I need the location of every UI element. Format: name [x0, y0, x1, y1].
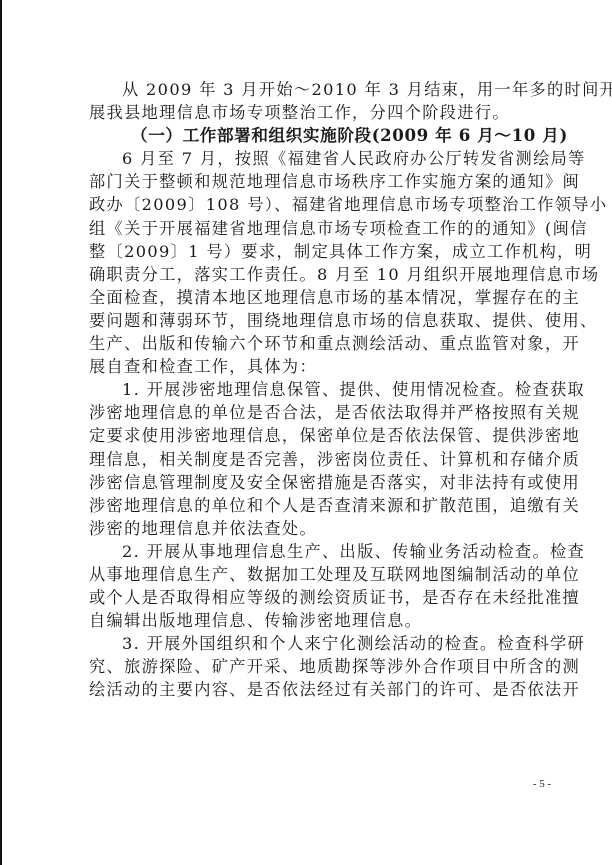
paragraph-line: 展自查和检查工作，具体为：: [89, 355, 547, 378]
list-item-1-line: 理信息，相关制度是否完善，涉密岗位责任、计算机和存储介质: [89, 448, 547, 471]
list-item-1-line: 涉密信息管理制度及安全保密措施是否落实，对非法持有或使用: [89, 471, 547, 494]
paragraph-line: 生产、出版和传输六个环节和重点测绘活动、重点监管对象，开: [89, 332, 547, 355]
paragraph-intro-line: 展我县地理信息市场专项整治工作，分四个阶段进行。: [89, 101, 547, 124]
paragraph-intro-line: 从 2009 年 3 月开始～2010 年 3 月结束，用一年多的时间开: [89, 78, 547, 101]
section-heading: （一）工作部署和组织实施阶段(2009 年 6 月～10 月): [89, 124, 547, 147]
document-body: 从 2009 年 3 月开始～2010 年 3 月结束，用一年多的时间开 展我县…: [89, 78, 547, 702]
list-item-3-line: 绘活动的主要内容、是否依法经过有关部门的许可、是否依法开: [89, 678, 547, 701]
paragraph-line: 要问题和薄弱环节，围绕地理信息市场的信息获取、提供、使用、: [89, 309, 547, 332]
list-item-2-line: 从事地理信息生产、数据加工处理及互联网地图编制活动的单位: [89, 563, 547, 586]
paragraph-line: 整〔2009〕1 号）要求，制定具体工作方案，成立工作机构，明: [89, 240, 547, 263]
paragraph-line: 全面检查，摸清本地区地理信息市场的基本情况，掌握存在的主: [89, 286, 547, 309]
paragraph-line: 6 月至 7 月，按照《福建省人民政府办公厅转发省测绘局等: [89, 147, 547, 170]
paragraph-line: 部门关于整顿和规范地理信息市场秩序工作实施方案的通知》闽: [89, 170, 547, 193]
list-item-1-line: 1. 开展涉密地理信息保管、提供、使用情况检查。检查获取: [89, 378, 547, 401]
paragraph-line: 确职责分工，落实工作责任。8 月至 10 月组织开展地理信息市场: [89, 263, 547, 286]
page-number: - 5 -: [522, 778, 562, 790]
list-item-2-line: 2. 开展从事地理信息生产、出版、传输业务活动检查。检查: [89, 540, 547, 563]
list-item-3-line: 究、旅游探险、矿产开采、地质勘探等涉外合作项目中所含的测: [89, 655, 547, 678]
list-item-3-line: 3. 开展外国组织和个人来宁化测绘活动的检查。检查科学研: [89, 632, 547, 655]
paragraph-line: 政办〔2009〕108 号）、福建省地理信息市场专项整治工作领导小: [89, 193, 547, 216]
paragraph-line: 组《关于开展福建省地理信息市场专项检查工作的的通知》(闽信: [89, 217, 547, 240]
list-item-1-line: 涉密地理信息的单位是否合法，是否依法取得并严格按照有关规: [89, 401, 547, 424]
list-item-2-line: 或个人是否取得相应等级的测绘资质证书，是否存在未经批准擅: [89, 586, 547, 609]
list-item-1-line: 定要求使用涉密地理信息，保密单位是否依法保管、提供涉密地: [89, 424, 547, 447]
list-item-1-line: 涉密的地理信息并依法查处。: [89, 517, 547, 540]
list-item-1-line: 涉密地理信息的单位和个人是否查清来源和扩散范围，追缴有关: [89, 494, 547, 517]
list-item-2-line: 自编辑出版地理信息、传输涉密地理信息。: [89, 609, 547, 632]
page-left-border: [0, 0, 2, 865]
